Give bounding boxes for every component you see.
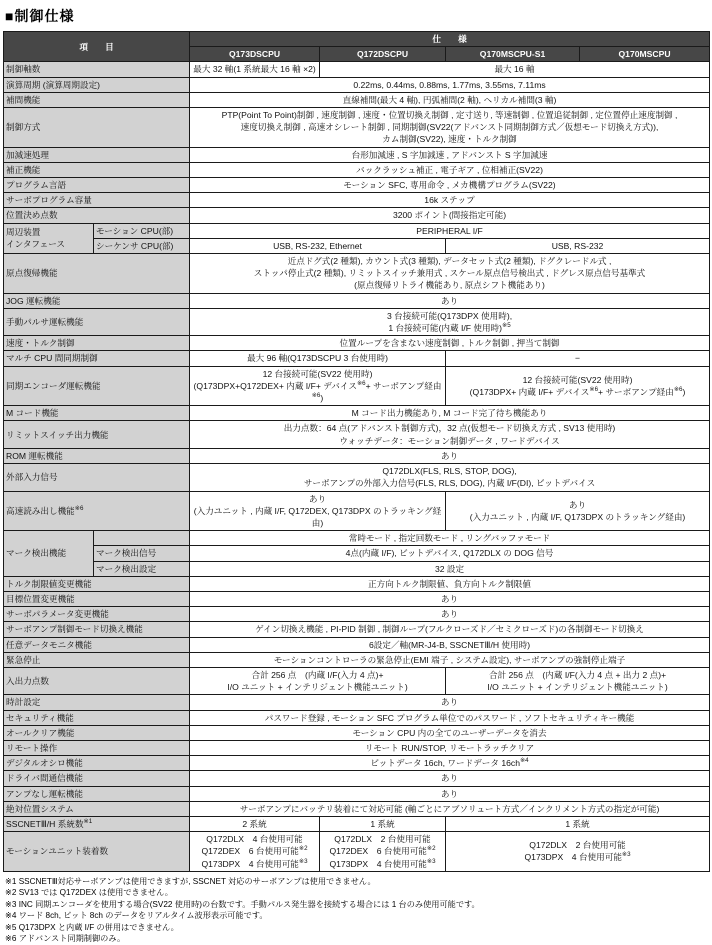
spec-value-cell: あり(入力ユニット , 内蔵 I/F, Q172DEX, Q173DPX のトラ…: [190, 491, 446, 531]
row-group-label: マーク検出機能: [4, 531, 94, 577]
spec-value-cell: USB, RS-232, Ethernet: [190, 238, 446, 253]
table-row: JOG 運転機能あり: [4, 293, 710, 308]
table-row: 入出力点数合計 256 点 (内蔵 I/F(入力 4 点)+I/O ユニット +…: [4, 667, 710, 694]
spec-value-cell: Q172DLX 2 台使用可能Q172DEX 6 台使用可能※2Q173DPX …: [320, 832, 446, 872]
row-label: 時計設定: [4, 695, 190, 710]
row-sublabel: モーション CPU(部): [94, 223, 190, 238]
row-label: 高速読み出し機能※6: [4, 491, 190, 531]
footnotes: ※1 SSCNETⅢ対応サーボアンプは使用できますが, SSCNET 対応のサー…: [3, 872, 709, 945]
footnote: ※4 ワード 8ch, ビット 8ch のデータをリアルタイム波形表示可能です。: [5, 910, 709, 922]
row-label: JOG 運転機能: [4, 293, 190, 308]
spec-value-cell: 最大 16 軸: [320, 62, 710, 77]
row-group-label: 周辺装置インタフェース: [4, 223, 94, 253]
spec-value-cell: 近点ドグ式(2 種類), カウント式(3 種類), データセット式(2 種類),…: [190, 254, 710, 294]
spec-value-cell: あり: [190, 786, 710, 801]
header-item-label: 項 目: [4, 32, 190, 62]
page-title: ■制御仕様: [3, 4, 709, 31]
footnote: ※1 SSCNETⅢ対応サーボアンプは使用できますが, SSCNET 対応のサー…: [5, 876, 709, 888]
row-label: 制御方式: [4, 108, 190, 148]
spec-value-cell: あり: [190, 591, 710, 606]
spec-value-cell: サーボアンプにバッテリ装着にて対応可能 (軸ごとにアブソリュート方式／インクリメ…: [190, 801, 710, 816]
row-label: 加減速処理: [4, 147, 190, 162]
spec-value-cell: 最大 96 軸(Q173DSCPU 3 台使用時): [190, 351, 446, 366]
spec-value-cell: あり: [190, 448, 710, 463]
table-row: 任意データモニタ機能6設定／軸(MR-J4-B, SSCNETⅢ/H 使用時): [4, 637, 710, 652]
table-row: 演算周期 (演算周期設定)0.22ms, 0.44ms, 0.88ms, 1.7…: [4, 77, 710, 92]
table-row: セキュリティ機能パスワード登録 , モーション SFC プログラム単位でのパスワ…: [4, 710, 710, 725]
table-row: プログラム言語モーション SFC, 専用命令 , メカ機構プログラム(SV22): [4, 178, 710, 193]
table-row: 制御方式PTP(Point To Point)制御 , 速度制御 , 速度・位置…: [4, 108, 710, 148]
spec-value-cell: 最大 32 軸(1 系統最大 16 軸 ×2): [190, 62, 320, 77]
table-row: 位置決め点数3200 ポイント(間接指定可能): [4, 208, 710, 223]
spec-value-cell: −: [446, 351, 710, 366]
table-row: 外部入力信号Q172DLX(FLS, RLS, STOP, DOG),サーボアン…: [4, 464, 710, 491]
row-label: デジタルオシロ機能: [4, 756, 190, 771]
spec-value-cell: 合計 256 点 (内蔵 I/F(入力 4 点 + 出力 2 点)+I/O ユニ…: [446, 667, 710, 694]
table-row: 緊急停止モーションコントローラの緊急停止(EMI 端子 , システム設定), サ…: [4, 652, 710, 667]
table-row: モーションユニット装着数Q172DLX 4 台使用可能Q172DEX 6 台使用…: [4, 832, 710, 872]
spec-value-cell: 2 系統: [190, 816, 320, 831]
table-row: マルチ CPU 間同期制御最大 96 軸(Q173DSCPU 3 台使用時)−: [4, 351, 710, 366]
row-label: 同期エンコーダ運転機能: [4, 366, 190, 406]
table-row: 原点復帰機能近点ドグ式(2 種類), カウント式(3 種類), データセット式(…: [4, 254, 710, 294]
row-sublabel: マーク検出設定: [94, 561, 190, 576]
table-row: サーボプログラム容量16k ステップ: [4, 193, 710, 208]
column-header-q172dscpu: Q172DSCPU: [320, 47, 446, 62]
footnote: ※5 Q173DPX と内蔵 I/F の併用はできません。: [5, 922, 709, 934]
row-label: SSCNETⅢ/H 系統数※1: [4, 816, 190, 831]
spec-value-cell: 12 台接続可能(SV22 使用時)(Q173DPX+ 内蔵 I/F+ デバイス…: [446, 366, 710, 406]
spec-value-cell: M コード出力機能あり, M コード完了待ち機能あり: [190, 406, 710, 421]
control-spec-table: 項 目 仕 様 Q173DSCPUQ172DSCPUQ170MSCPU-S1Q1…: [3, 31, 710, 872]
spec-value-cell: 出力点数：64 点(アドバンスト制御方式)，32 点(仮想モード切換え方式 , …: [190, 421, 710, 448]
row-sublabel: シーケンサ CPU(部): [94, 238, 190, 253]
spec-value-cell: ゲイン切換え機能 , PI-PID 制御 , 制御ループ(フルクローズド／セミク…: [190, 622, 710, 637]
row-label: 緊急停止: [4, 652, 190, 667]
table-row: オールクリア機能モーション CPU 内の全てのユーザーデータを消去: [4, 725, 710, 740]
row-label: 入出力点数: [4, 667, 190, 694]
spec-value-cell: 16k ステップ: [190, 193, 710, 208]
row-label: 制御軸数: [4, 62, 190, 77]
table-row: 周辺装置インタフェースモーション CPU(部)PERIPHERAL I/F: [4, 223, 710, 238]
spec-value-cell: あり: [190, 293, 710, 308]
table-row: SSCNETⅢ/H 系統数※12 系統1 系統1 系統: [4, 816, 710, 831]
spec-value-cell: 1 系統: [320, 816, 446, 831]
table-row: マーク検出設定32 設定: [4, 561, 710, 576]
row-label: リミットスイッチ出力機能: [4, 421, 190, 448]
table-row: 絶対位置システムサーボアンプにバッテリ装着にて対応可能 (軸ごとにアブソリュート…: [4, 801, 710, 816]
row-label: セキュリティ機能: [4, 710, 190, 725]
row-label: 原点復帰機能: [4, 254, 190, 294]
footnote: ※3 INC 同期エンコーダを使用する場合(SV22 使用時)の台数です。手動パ…: [5, 899, 709, 911]
table-row: サーボアンプ制御モード切換え機能ゲイン切換え機能 , PI-PID 制御 , 制…: [4, 622, 710, 637]
spec-value-cell: 合計 256 点 (内蔵 I/F(入力 4 点)+I/O ユニット + インテリ…: [190, 667, 446, 694]
row-label: 補正機能: [4, 162, 190, 177]
row-label: アンプなし運転機能: [4, 786, 190, 801]
row-label: モーションユニット装着数: [4, 832, 190, 872]
table-row: ドライバ間通信機能あり: [4, 771, 710, 786]
row-label: 演算周期 (演算周期設定): [4, 77, 190, 92]
spec-value-cell: パスワード登録 , モーション SFC プログラム単位でのパスワード , ソフト…: [190, 710, 710, 725]
spec-value-cell: バックラッシュ補正 , 電子ギア , 位相補正(SV22): [190, 162, 710, 177]
table-row: サーボパラメータ変更機能あり: [4, 607, 710, 622]
row-sublabel: マーク検出信号: [94, 546, 190, 561]
spec-value-cell: あり: [190, 771, 710, 786]
spec-value-cell: USB, RS-232: [446, 238, 710, 253]
table-row: 制御軸数最大 32 軸(1 系統最大 16 軸 ×2)最大 16 軸: [4, 62, 710, 77]
spec-value-cell: 4点(内蔵 I/F), ビットデバイス, Q172DLX の DOG 信号: [190, 546, 710, 561]
spec-value-cell: 常時モード , 指定回数モード , リングバッファモード: [190, 531, 710, 546]
spec-value-cell: PTP(Point To Point)制御 , 速度制御 , 速度・位置切換え制…: [190, 108, 710, 148]
spec-value-cell: 1 系統: [446, 816, 710, 831]
row-label: プログラム言語: [4, 178, 190, 193]
spec-value-cell: リモート RUN/STOP, リモートラッチクリア: [190, 740, 710, 755]
row-label: ROM 運転機能: [4, 448, 190, 463]
spec-value-cell: モーションコントローラの緊急停止(EMI 端子 , システム設定), サーボアン…: [190, 652, 710, 667]
table-row: トルク制限値変更機能正方向トルク制限値、負方向トルク制限値: [4, 576, 710, 591]
spec-value-cell: モーション CPU 内の全てのユーザーデータを消去: [190, 725, 710, 740]
row-label: 目標位置変更機能: [4, 591, 190, 606]
table-row: M コード機能M コード出力機能あり, M コード完了待ち機能あり: [4, 406, 710, 421]
row-sublabel: [94, 531, 190, 546]
table-row: 補間機能直線補間(最大 4 軸), 円弧補間(2 軸), ヘリカル補間(3 軸): [4, 92, 710, 107]
row-label: リモート操作: [4, 740, 190, 755]
table-row: 手動パルサ運転機能3 台接続可能(Q173DPX 使用時),1 台接続可能(内蔵…: [4, 308, 710, 335]
spec-value-cell: ビットデータ 16ch, ワードデータ 16ch※4: [190, 756, 710, 771]
table-row: 同期エンコーダ運転機能12 台接続可能(SV22 使用時)(Q173DPX+Q1…: [4, 366, 710, 406]
spec-value-cell: 台形加減速 , S 字加減速 , アドバンスト S 字加減速: [190, 147, 710, 162]
table-row: デジタルオシロ機能ビットデータ 16ch, ワードデータ 16ch※4: [4, 756, 710, 771]
row-label: ドライバ間通信機能: [4, 771, 190, 786]
spec-value-cell: 3200 ポイント(間接指定可能): [190, 208, 710, 223]
row-label: トルク制限値変更機能: [4, 576, 190, 591]
page: ■制御仕様 項 目 仕 様 Q173DSCPUQ172DSCPUQ170MSCP…: [0, 0, 712, 945]
spec-value-cell: 12 台接続可能(SV22 使用時)(Q173DPX+Q172DEX+ 内蔵 I…: [190, 366, 446, 406]
spec-value-cell: 直線補間(最大 4 軸), 円弧補間(2 軸), ヘリカル補間(3 軸): [190, 92, 710, 107]
table-row: アンプなし運転機能あり: [4, 786, 710, 801]
spec-value-cell: 32 設定: [190, 561, 710, 576]
row-label: 絶対位置システム: [4, 801, 190, 816]
table-row: シーケンサ CPU(部)USB, RS-232, EthernetUSB, RS…: [4, 238, 710, 253]
header-spec-label: 仕 様: [190, 32, 710, 47]
row-label: 外部入力信号: [4, 464, 190, 491]
table-header: 項 目 仕 様 Q173DSCPUQ172DSCPUQ170MSCPU-S1Q1…: [4, 32, 710, 62]
spec-value-cell: 3 台接続可能(Q173DPX 使用時),1 台接続可能(内蔵 I/F 使用時)…: [190, 308, 710, 335]
footnote: ※6 アドバンスト同期制御のみ。: [5, 933, 709, 945]
spec-value-cell: あり: [190, 695, 710, 710]
table-row: 加減速処理台形加減速 , S 字加減速 , アドバンスト S 字加減速: [4, 147, 710, 162]
row-label: サーボパラメータ変更機能: [4, 607, 190, 622]
spec-value-cell: 正方向トルク制限値、負方向トルク制限値: [190, 576, 710, 591]
table-row: 補正機能バックラッシュ補正 , 電子ギア , 位相補正(SV22): [4, 162, 710, 177]
row-label: サーボアンプ制御モード切換え機能: [4, 622, 190, 637]
spec-value-cell: あり(入力ユニット , 内蔵 I/F, Q173DPX のトラッキング経由): [446, 491, 710, 531]
spec-value-cell: PERIPHERAL I/F: [190, 223, 710, 238]
table-row: ROM 運転機能あり: [4, 448, 710, 463]
row-label: 補間機能: [4, 92, 190, 107]
spec-value-cell: あり: [190, 607, 710, 622]
table-row: 時計設定あり: [4, 695, 710, 710]
table-row: 高速読み出し機能※6あり(入力ユニット , 内蔵 I/F, Q172DEX, Q…: [4, 491, 710, 531]
table-row: リミットスイッチ出力機能出力点数：64 点(アドバンスト制御方式)，32 点(仮…: [4, 421, 710, 448]
row-label: 手動パルサ運転機能: [4, 308, 190, 335]
footnote: ※2 SV13 では Q172DEX は使用できません。: [5, 887, 709, 899]
row-label: マルチ CPU 間同期制御: [4, 351, 190, 366]
row-label: 位置決め点数: [4, 208, 190, 223]
row-label: オールクリア機能: [4, 725, 190, 740]
spec-value-cell: Q172DLX 4 台使用可能Q172DEX 6 台使用可能※2Q173DPX …: [190, 832, 320, 872]
table-row: 速度・トルク制御位置ループを含まない速度制御 , トルク制御 , 押当て制御: [4, 336, 710, 351]
table-row: リモート操作リモート RUN/STOP, リモートラッチクリア: [4, 740, 710, 755]
spec-value-cell: 6設定／軸(MR-J4-B, SSCNETⅢ/H 使用時): [190, 637, 710, 652]
table-row: マーク検出機能常時モード , 指定回数モード , リングバッファモード: [4, 531, 710, 546]
table-row: マーク検出信号4点(内蔵 I/F), ビットデバイス, Q172DLX の DO…: [4, 546, 710, 561]
table-row: 目標位置変更機能あり: [4, 591, 710, 606]
row-label: サーボプログラム容量: [4, 193, 190, 208]
row-label: 速度・トルク制御: [4, 336, 190, 351]
spec-value-cell: 0.22ms, 0.44ms, 0.88ms, 1.77ms, 3.55ms, …: [190, 77, 710, 92]
row-label: 任意データモニタ機能: [4, 637, 190, 652]
spec-value-cell: モーション SFC, 専用命令 , メカ機構プログラム(SV22): [190, 178, 710, 193]
spec-value-cell: 位置ループを含まない速度制御 , トルク制御 , 押当て制御: [190, 336, 710, 351]
column-header-q170mscpu-s1: Q170MSCPU-S1: [446, 47, 580, 62]
row-label: M コード機能: [4, 406, 190, 421]
column-header-q173dscpu: Q173DSCPU: [190, 47, 320, 62]
column-header-q170mscpu: Q170MSCPU: [580, 47, 710, 62]
spec-value-cell: Q172DLX 2 台使用可能Q173DPX 4 台使用可能※3: [446, 832, 710, 872]
spec-value-cell: Q172DLX(FLS, RLS, STOP, DOG),サーボアンプの外部入力…: [190, 464, 710, 491]
